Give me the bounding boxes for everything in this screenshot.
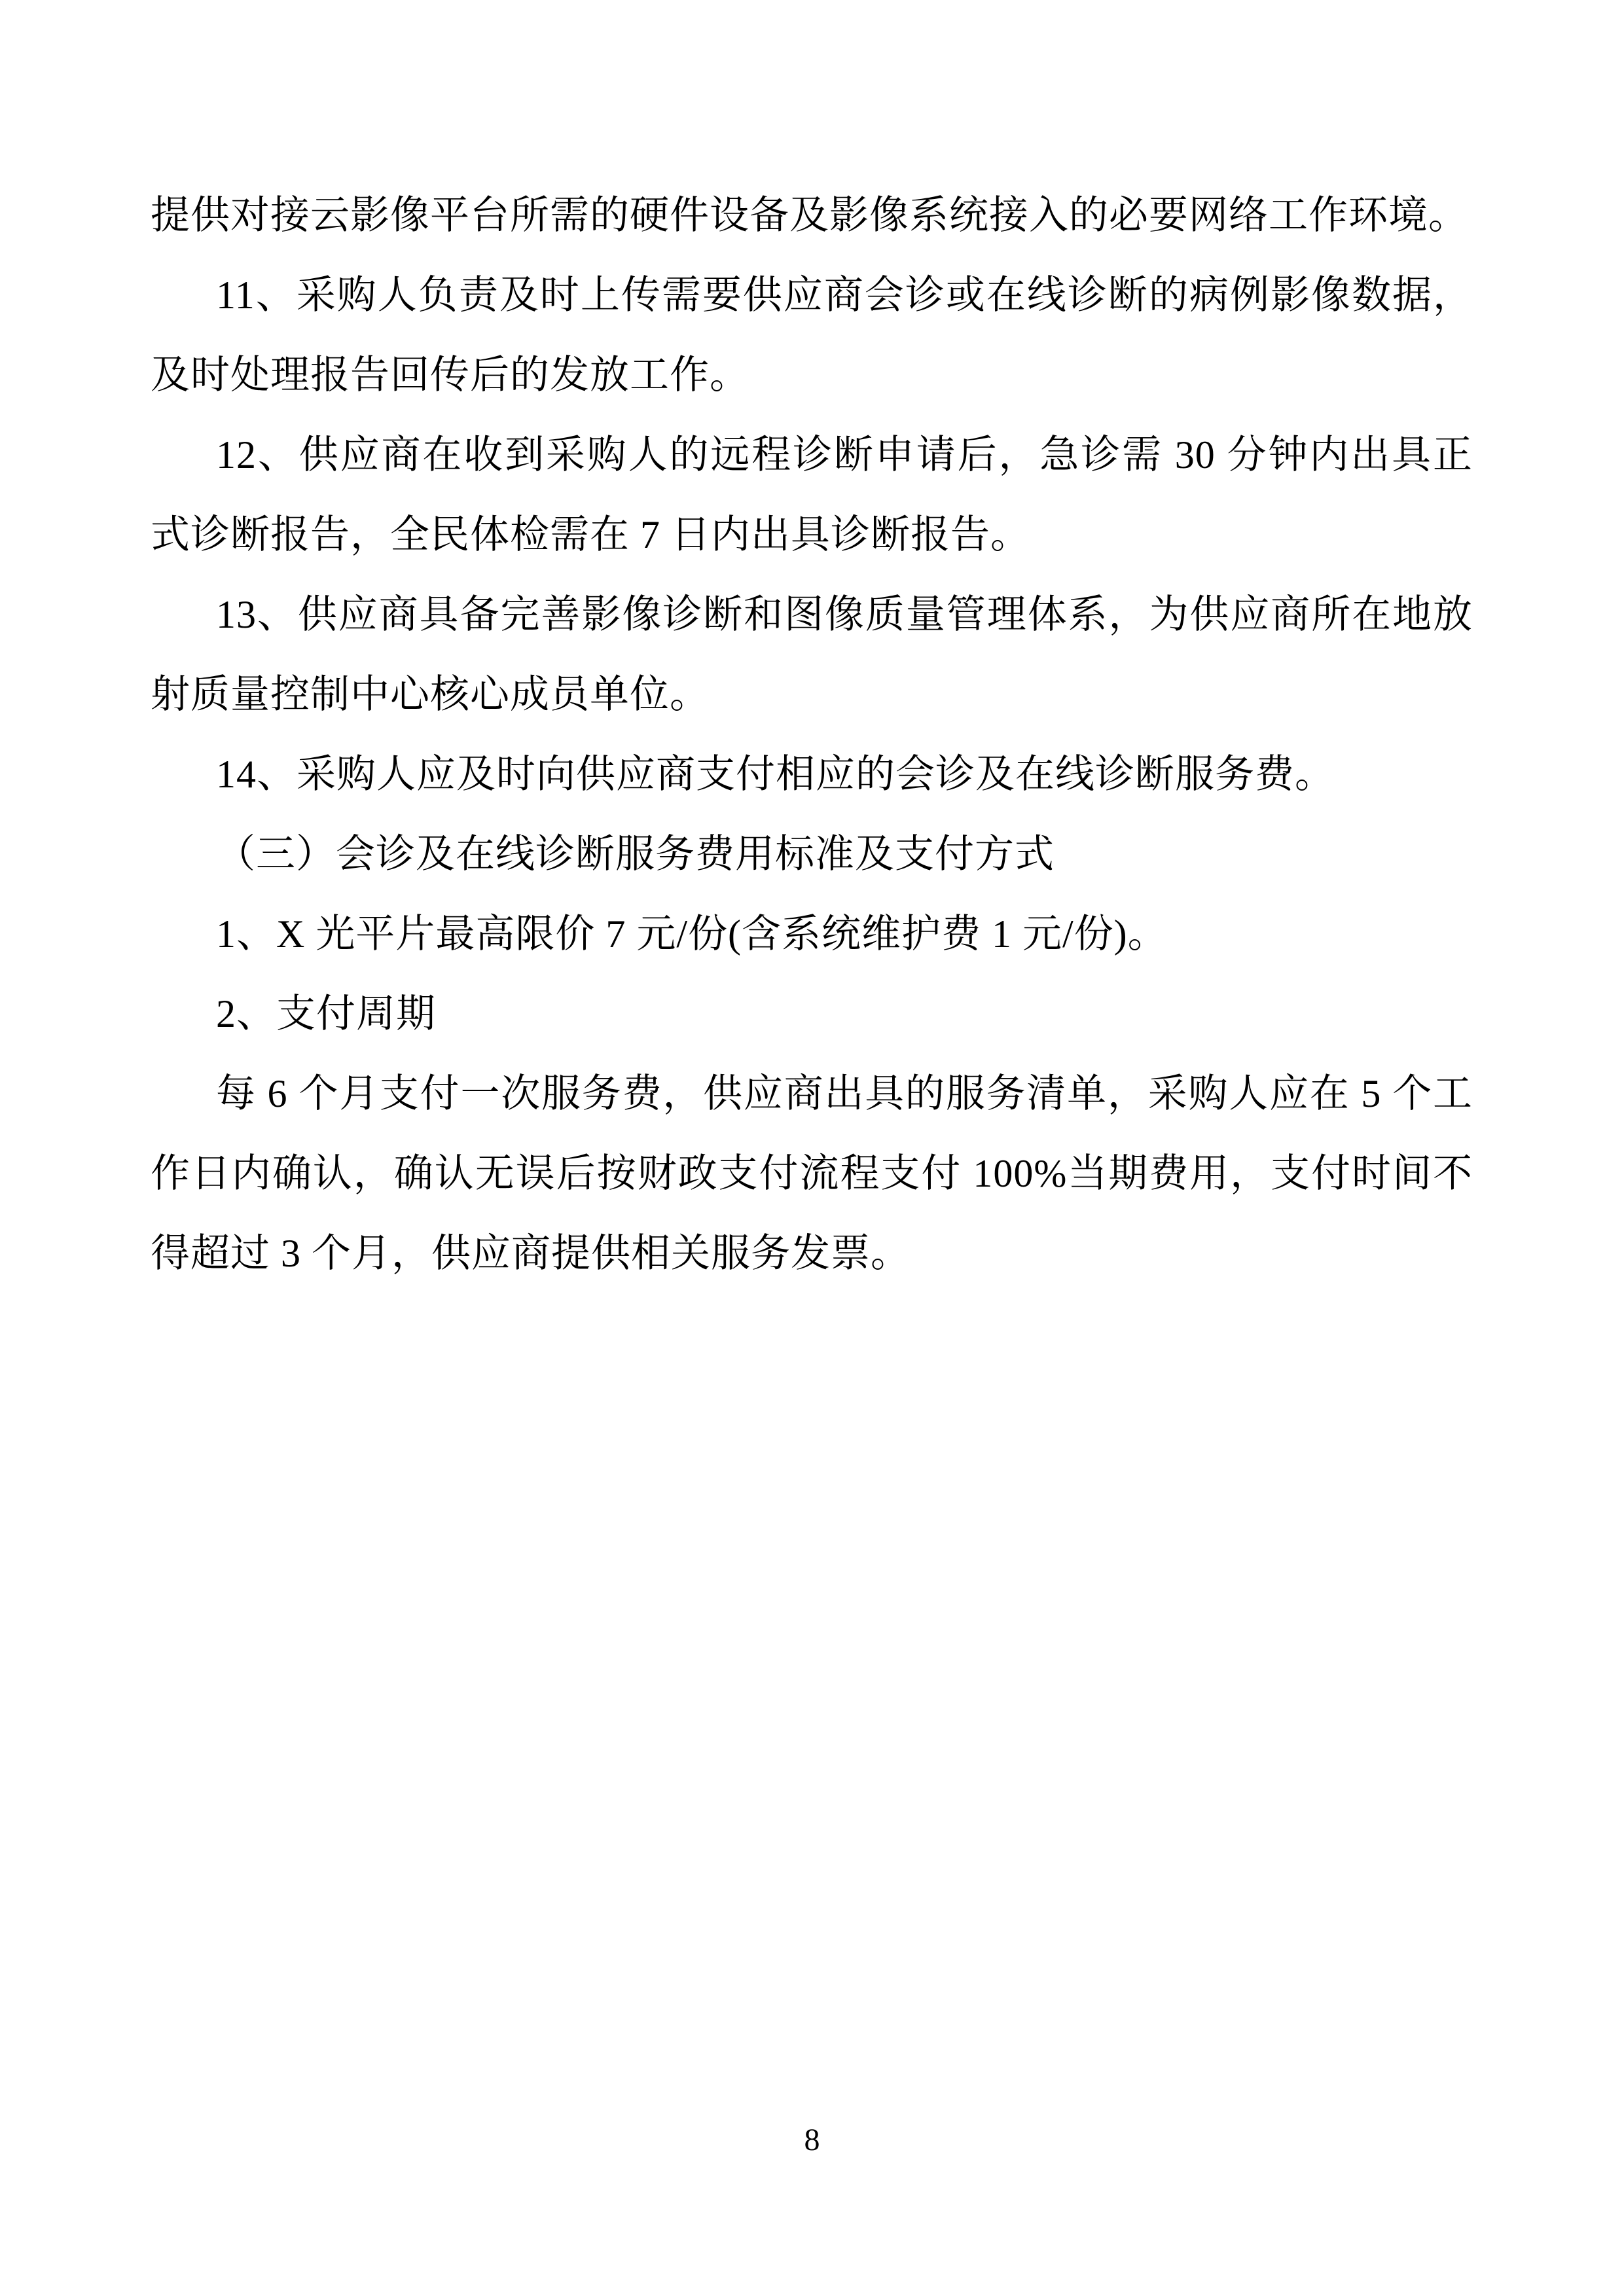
paragraph-item-12: 12、供应商在收到采购人的远程诊断申请后，急诊需 30 分钟内出具正式诊断报告，… — [151, 415, 1473, 575]
page-number: 8 — [0, 2121, 1624, 2160]
paragraph-continuation: 提供对接云影像平台所需的硬件设备及影像系统接入的必要网络工作环境。 — [151, 175, 1473, 255]
paragraph-item-14: 14、采购人应及时向供应商支付相应的会诊及在线诊断服务费。 — [151, 734, 1473, 814]
paragraph-item-13: 13、供应商具备完善影像诊断和图像质量管理体系，为供应商所在地放射质量控制中心核… — [151, 575, 1473, 734]
document-body: 提供对接云影像平台所需的硬件设备及影像系统接入的必要网络工作环境。 11、采购人… — [151, 175, 1473, 1293]
paragraph-item-11: 11、采购人负责及时上传需要供应商会诊或在线诊断的病例影像数据，及时处理报告回传… — [151, 255, 1473, 415]
document-page: 提供对接云影像平台所需的硬件设备及影像系统接入的必要网络工作环境。 11、采购人… — [0, 0, 1624, 2296]
paragraph-section-heading: （三）会诊及在线诊断服务费用标准及支付方式 — [151, 814, 1473, 894]
paragraph-item-2-payment-cycle: 2、支付周期 — [151, 974, 1473, 1054]
paragraph-payment-terms: 每 6 个月支付一次服务费，供应商出具的服务清单，采购人应在 5 个工作日内确认… — [151, 1054, 1473, 1293]
paragraph-item-1-price: 1、X 光平片最高限价 7 元/份(含系统维护费 1 元/份)。 — [151, 894, 1473, 974]
